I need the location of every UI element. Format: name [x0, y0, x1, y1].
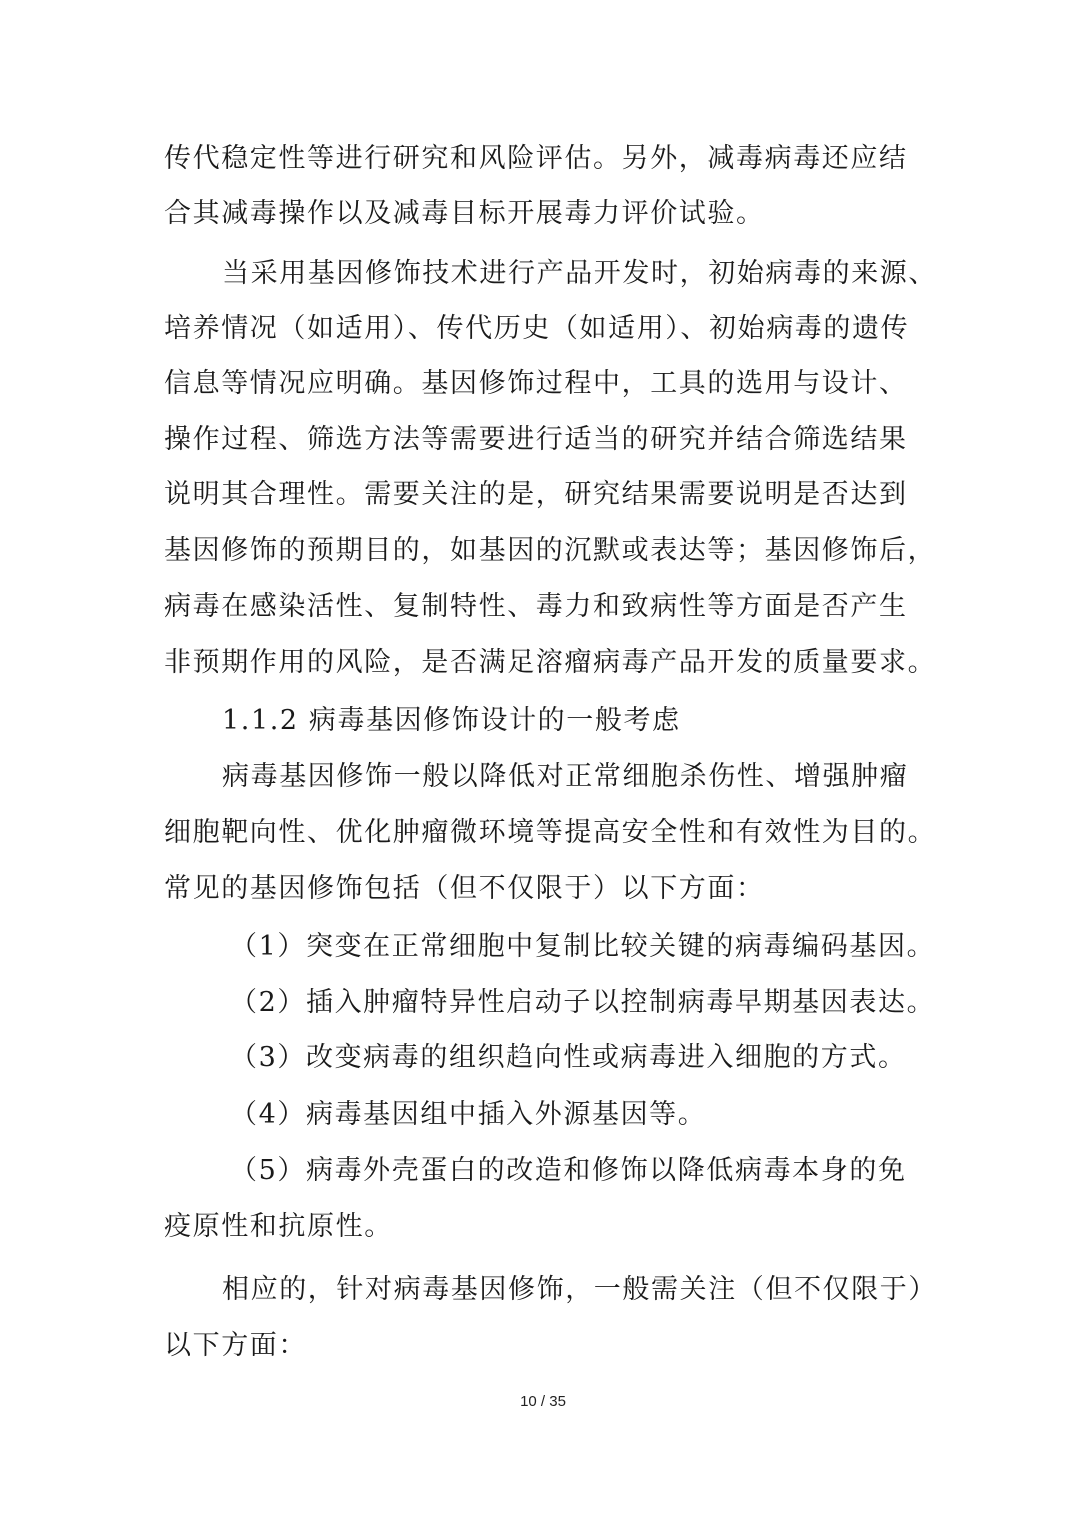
paragraph-start-line: 当采用基因修饰技术进行产品开发时，初始病毒的来源、	[222, 256, 937, 292]
body-text-line: 信息等情况应明确。基因修饰过程中，工具的选用与设计、	[164, 366, 908, 402]
page-number: 10 / 35	[0, 1393, 1080, 1410]
list-item: （3）改变病毒的组织趋向性或病毒进入细胞的方式。	[230, 1040, 907, 1076]
body-text-line: 传代稳定性等进行研究和风险评估。另外，减毒病毒还应结	[164, 141, 908, 177]
document-page: 传代稳定性等进行研究和风险评估。另外，减毒病毒还应结 合其减毒操作以及减毒目标开…	[0, 0, 1080, 1527]
body-text-line: 合其减毒操作以及减毒目标开展毒力评价试验。	[164, 196, 765, 232]
body-text-line: 培养情况（如适用）、传代历史（如适用）、初始病毒的遗传	[164, 311, 909, 347]
paragraph-start-line: 病毒基因修饰一般以降低对正常细胞杀伤性、增强肿瘤	[222, 759, 908, 795]
list-item: （2）插入肿瘤特异性启动子以控制病毒早期基因表达。	[230, 985, 935, 1021]
list-item: （4）病毒基因组中插入外源基因等。	[230, 1097, 706, 1133]
list-item: （1）突变在正常细胞中复制比较关键的病毒编码基因。	[230, 929, 935, 965]
body-text-line: 非预期作用的风险，是否满足溶瘤病毒产品开发的质量要求。	[164, 645, 936, 681]
body-text-line: 以下方面：	[164, 1328, 307, 1364]
body-text-line: 常见的基因修饰包括（但不仅限于）以下方面：	[164, 871, 765, 907]
body-text-line: 基因修饰的预期目的，如基因的沉默或表达等；基因修饰后，	[164, 533, 936, 569]
body-text-line: 细胞靶向性、优化肿瘤微环境等提高安全性和有效性为目的。	[164, 815, 936, 851]
list-item-continuation: 疫原性和抗原性。	[164, 1209, 393, 1245]
paragraph-start-line: 相应的，针对病毒基因修饰，一般需关注（但不仅限于）	[222, 1272, 937, 1308]
body-text-line: 病毒在感染活性、复制特性、毒力和致病性等方面是否产生	[164, 589, 908, 625]
body-text-line: 操作过程、筛选方法等需要进行适当的研究并结合筛选结果	[164, 422, 908, 458]
section-heading: 1.1.2 病毒基因修饰设计的一般考虑	[222, 703, 681, 739]
list-item: （5）病毒外壳蛋白的改造和修饰以降低病毒本身的免	[230, 1153, 907, 1189]
body-text-line: 说明其合理性。需要关注的是，研究结果需要说明是否达到	[164, 477, 908, 513]
